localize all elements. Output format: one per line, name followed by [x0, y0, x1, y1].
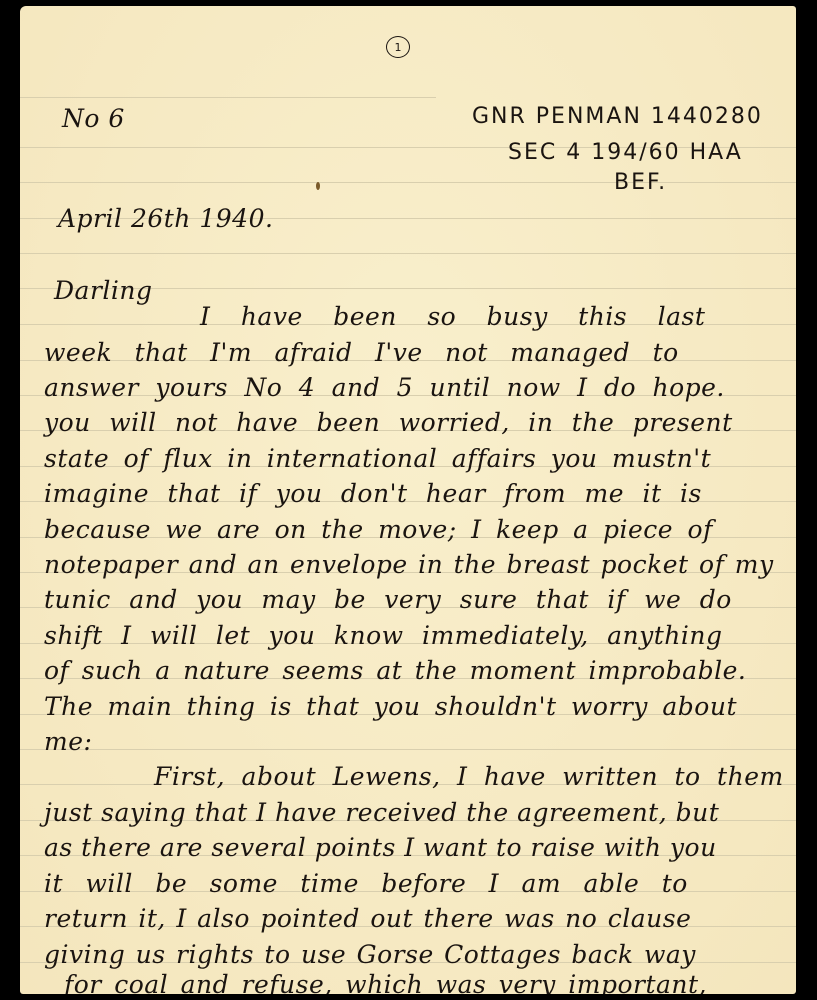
- body-line: week that I'm afraid I've not managed to: [44, 340, 679, 365]
- letter-date: April 26th 1940.: [58, 206, 273, 231]
- ruled-line: [20, 182, 796, 183]
- sender-force-line: BEF.: [614, 172, 667, 194]
- body-line: return it, I also pointed out there was …: [44, 906, 691, 931]
- salutation: Darling: [54, 278, 153, 303]
- body-line: tunic and you may be very sure that if w…: [44, 587, 732, 612]
- body-line: you will not have been worried, in the p…: [44, 410, 733, 435]
- sender-name-line: GNR PENMAN 1440280: [472, 106, 763, 128]
- ink-blot: [316, 182, 320, 190]
- body-line: notepaper and an envelope in the breast …: [44, 552, 774, 577]
- sender-unit-line: SEC 4 194/60 HAA: [508, 142, 743, 164]
- body-line: of such a nature seems at the moment imp…: [44, 658, 746, 683]
- body-line: First, about Lewens, I have written to t…: [154, 764, 784, 789]
- body-line: as there are several points I want to ra…: [44, 835, 717, 860]
- body-line: because we are on the move; I keep a pie…: [44, 517, 713, 542]
- body-line: imagine that if you don't hear from me i…: [44, 481, 702, 506]
- body-line: me:: [44, 729, 92, 754]
- body-line: for coal and refuse, which was very impo…: [64, 972, 707, 994]
- ruled-line: [20, 97, 436, 98]
- ruled-line: [20, 253, 796, 254]
- letter-page: 1 No 6 GNR PENMAN 1440280 SEC 4 194/60 H…: [20, 6, 796, 994]
- body-line: I have been so busy this last: [200, 304, 705, 329]
- body-line: answer yours No 4 and 5 until now I do h…: [44, 375, 725, 400]
- ruled-line: [20, 749, 796, 750]
- letter-number: No 6: [62, 106, 125, 131]
- body-line: giving us rights to use Gorse Cottages b…: [44, 942, 696, 967]
- body-line: just saying that I have received the agr…: [44, 800, 719, 825]
- body-line: The main thing is that you shouldn't wor…: [44, 694, 737, 719]
- body-line: it will be some time before I am able to: [44, 871, 688, 896]
- body-line: state of flux in international affairs y…: [44, 446, 711, 471]
- body-line: shift I will let you know immediately, a…: [44, 623, 723, 648]
- page-number: 1: [386, 36, 410, 58]
